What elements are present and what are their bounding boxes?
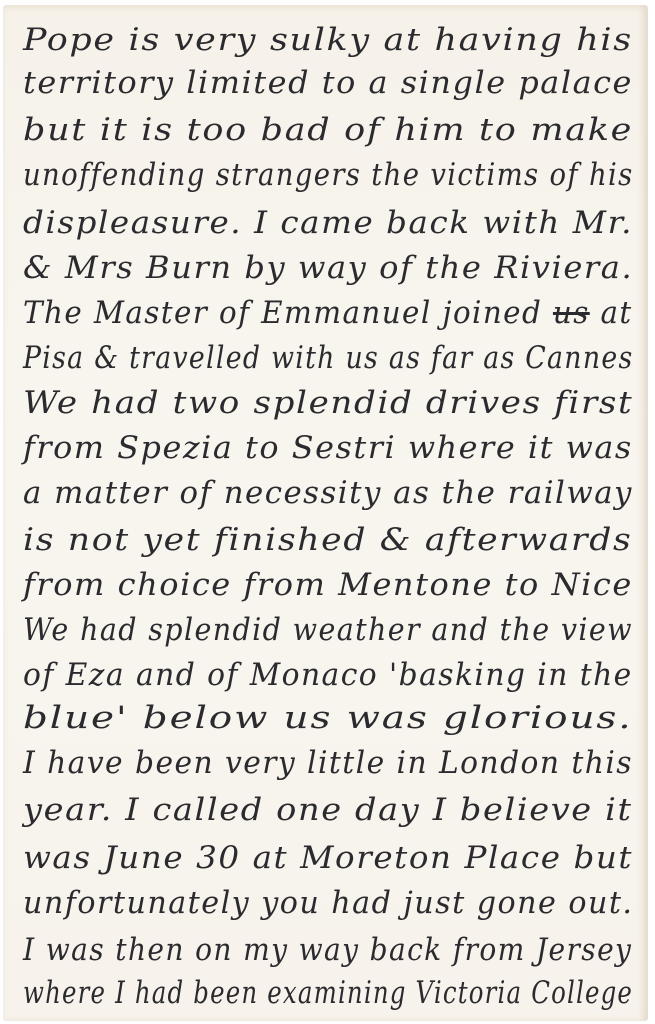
text-line: displeasure. I came back with Mr. (23, 205, 633, 241)
text-line: of Eza and of Monaco 'basking in the (23, 657, 633, 693)
text-line: Pisa & travelled with us as far as Canne… (23, 340, 634, 376)
text-line: Pope is very sulky at having his (23, 22, 633, 58)
text-line: I have been very little in London this (23, 745, 633, 781)
text-line: is not yet finished & afterwards (23, 522, 632, 558)
text-line: but it is too bad of him to make (23, 112, 633, 148)
text-line: year. I called one day I believe it (23, 792, 633, 828)
text-line: unfortunately you had just gone out. (23, 885, 633, 921)
text-line: blue' below us was glorious. (23, 700, 633, 736)
text-line: & Mrs Burn by way of the Riviera. (23, 250, 633, 286)
text-line: territory limited to a single palace (23, 65, 633, 101)
text-line: from choice from Mentone to Nice (23, 567, 633, 603)
text-line: was June 30 at Moreton Place but (23, 840, 633, 876)
text-line: The Master of Emmanuel joined us at (23, 295, 633, 331)
text-line: We had splendid weather and the view (23, 612, 633, 648)
handwritten-text-body: Pope is very sulky at having his territo… (3, 5, 646, 1021)
text-line: where I had been examining Victoria Coll… (23, 975, 633, 1011)
text-line: We had two splendid drives first (23, 385, 633, 421)
text-line: I was then on my way back from Jersey (23, 932, 632, 968)
text-line: a matter of necessity as the railway (23, 475, 633, 511)
struck-word: us (553, 295, 590, 331)
letter-page: Pope is very sulky at having his territo… (3, 5, 648, 1021)
text-line: unoffending strangers the victims of his (23, 157, 634, 193)
text-line: from Spezia to Sestri where it was (23, 430, 633, 466)
